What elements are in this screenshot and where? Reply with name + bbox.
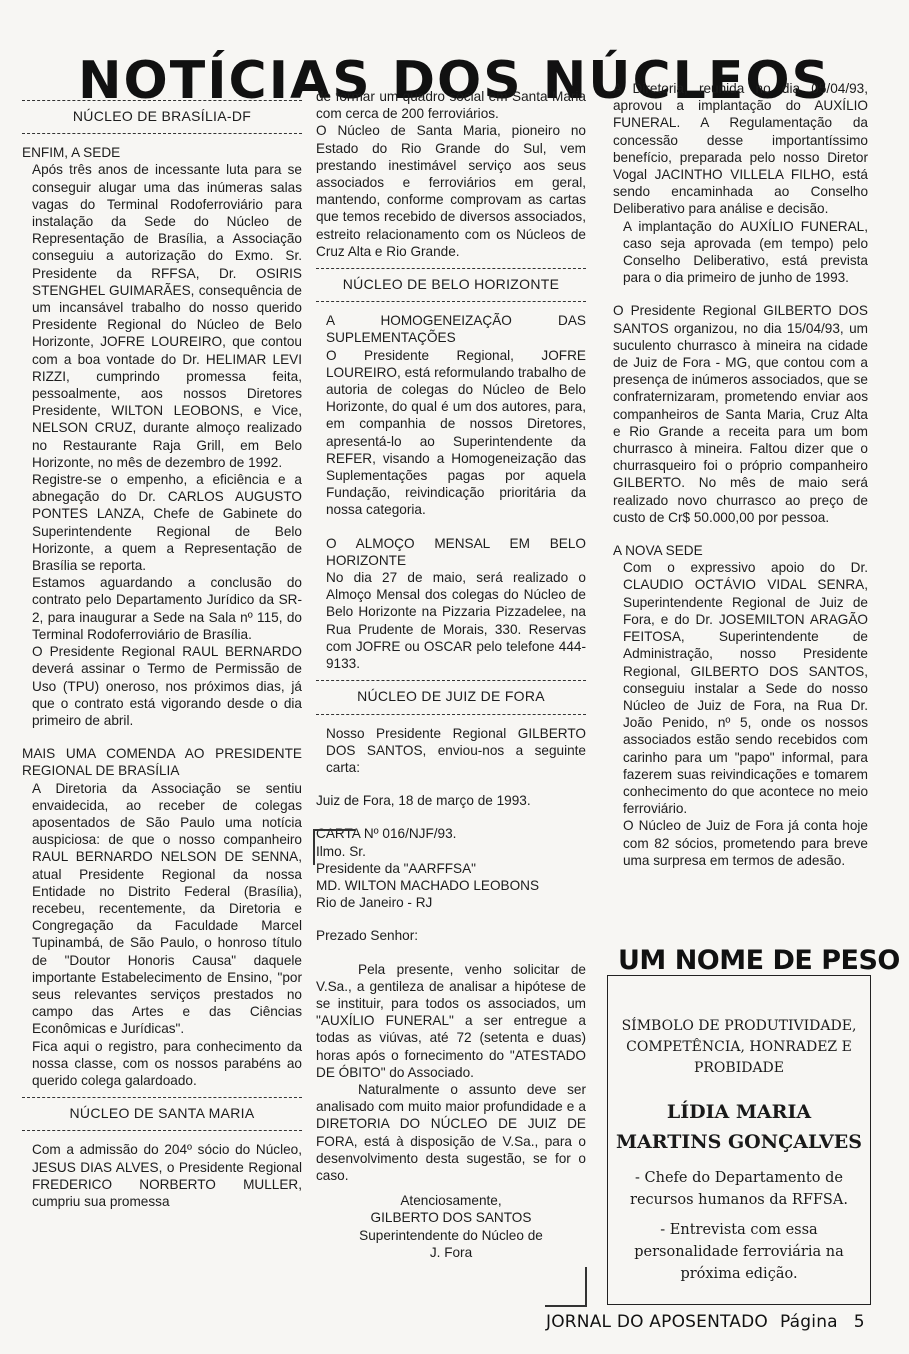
feature-person-name: LÍDIA MARIA MARTINS GONÇALVES (608, 1097, 870, 1157)
article-paragraph: O Núcleo de Santa Maria, pioneiro no Est… (316, 122, 586, 260)
letter-body: Pela presente, venho solicitar de V.Sa.,… (316, 961, 586, 1081)
section-heading-santa-maria: NÚCLEO DE SANTA MARIA (22, 1097, 302, 1131)
article-paragraph: A Diretoria, reunida no dia 05/04/93, ap… (613, 80, 868, 218)
column-1: NÚCLEO DE BRASÍLIA-DF ENFIM, A SEDE Após… (22, 100, 302, 1210)
subheading-comenda: MAIS UMA COMENDA AO PRESIDENTE REGIONAL … (22, 745, 302, 779)
letter-date: Juiz de Fora, 18 de março de 1993. (316, 792, 586, 809)
article-paragraph: Com a admissão do 204º sócio do Núcleo, … (22, 1141, 302, 1210)
letter-salutation: Prezado Senhor: (316, 927, 586, 944)
letter-address-line: Rio de Janeiro - RJ (316, 894, 586, 911)
letter-signer-title: J. Fora (316, 1244, 586, 1261)
section-heading-brasilia: NÚCLEO DE BRASÍLIA-DF (22, 100, 302, 134)
article-paragraph: A implantação do AUXÍLIO FUNERAL, caso s… (613, 218, 868, 287)
letter-bracket-bottom-right (545, 1267, 587, 1307)
feature-role: - Chefe do Departamento de recursos huma… (608, 1167, 870, 1211)
article-paragraph: de formar um quadro social em Santa Mari… (316, 88, 586, 122)
article-paragraph: O Presidente Regional, JOFRE LOUREIRO, e… (316, 347, 586, 519)
letter-signer: GILBERTO DOS SANTOS (316, 1209, 586, 1226)
letter-address-line: Presidente da "AARFFSA" (316, 860, 586, 877)
letter-closing: Atenciosamente, (316, 1192, 586, 1209)
column-3: A Diretoria, reunida no dia 05/04/93, ap… (613, 80, 868, 869)
letter-body: Naturalmente o assunto deve ser analisad… (316, 1081, 586, 1184)
subheading-almoco-mensal: O ALMOÇO MENSAL EM BELO HORIZONTE (316, 535, 586, 569)
article-paragraph: Com o expressivo apoio do Dr. CLAUDIO OC… (613, 559, 868, 817)
article-paragraph: O Presidente Regional GILBERTO DOS SANTO… (613, 302, 868, 526)
subheading-nova-sede: A NOVA SEDE (613, 542, 868, 559)
article-paragraph: No dia 27 de maio, será realizado o Almo… (316, 569, 586, 672)
subheading-enfim-a-sede: ENFIM, A SEDE (22, 144, 302, 161)
letter-reference: CARTA Nº 016/NJF/93. (316, 825, 586, 842)
section-heading-belo-horizonte: NÚCLEO DE BELO HORIZONTE (316, 268, 586, 302)
article-paragraph: Estamos aguardando a conclusão do contra… (22, 574, 302, 643)
page-footer: JORNAL DO APOSENTADOPágina5 (546, 1312, 865, 1332)
letter: Juiz de Fora, 18 de março de 1993. CARTA… (316, 792, 586, 1261)
letter-address-line: MD. WILTON MACHADO LEOBONS (316, 877, 586, 894)
publication-name: JORNAL DO APOSENTADO (546, 1312, 768, 1332)
page-label: Página (780, 1312, 838, 1332)
article-paragraph: O Núcleo de Juiz de Fora já conta hoje c… (613, 817, 868, 869)
article-paragraph: A Diretoria da Associação se sentiu enva… (22, 780, 302, 1038)
article-paragraph: O Presidente Regional RAUL BERNARDO deve… (22, 643, 302, 729)
article-paragraph: Após três anos de incessante luta para s… (22, 161, 302, 471)
feature-name-line: LÍDIA MARIA (608, 1097, 870, 1127)
article-paragraph: Fica aqui o registro, para conhecimento … (22, 1038, 302, 1090)
page-number: 5 (854, 1312, 865, 1332)
article-paragraph: Nosso Presidente Regional GILBERTO DOS S… (316, 725, 586, 777)
letter-bracket-top-left (313, 829, 355, 865)
subheading-homogeneizacao: A HOMOGENEIZAÇÃO DAS SUPLEMENTAÇÕES (316, 312, 586, 346)
feature-box: SÍMBOLO DE PRODUTIVIDADE, COMPETÊNCIA, H… (607, 975, 871, 1305)
letter-address-line: Ilmo. Sr. (316, 843, 586, 860)
column-2: de formar um quadro social em Santa Mari… (316, 88, 586, 1261)
letter-signer-title: Superintendente do Núcleo de (316, 1227, 586, 1244)
article-paragraph: Registre-se o empenho, a eficiência e a … (22, 471, 302, 574)
feature-next-edition: - Entrevista com essa personalidade ferr… (608, 1219, 870, 1285)
section-heading-juiz-de-fora: NÚCLEO DE JUIZ DE FORA (316, 680, 586, 714)
feature-tagline: SÍMBOLO DE PRODUTIVIDADE, COMPETÊNCIA, H… (608, 1016, 870, 1079)
feature-box-title: UM NOME DE PESO (618, 945, 900, 976)
feature-name-line: MARTINS GONÇALVES (608, 1127, 870, 1157)
